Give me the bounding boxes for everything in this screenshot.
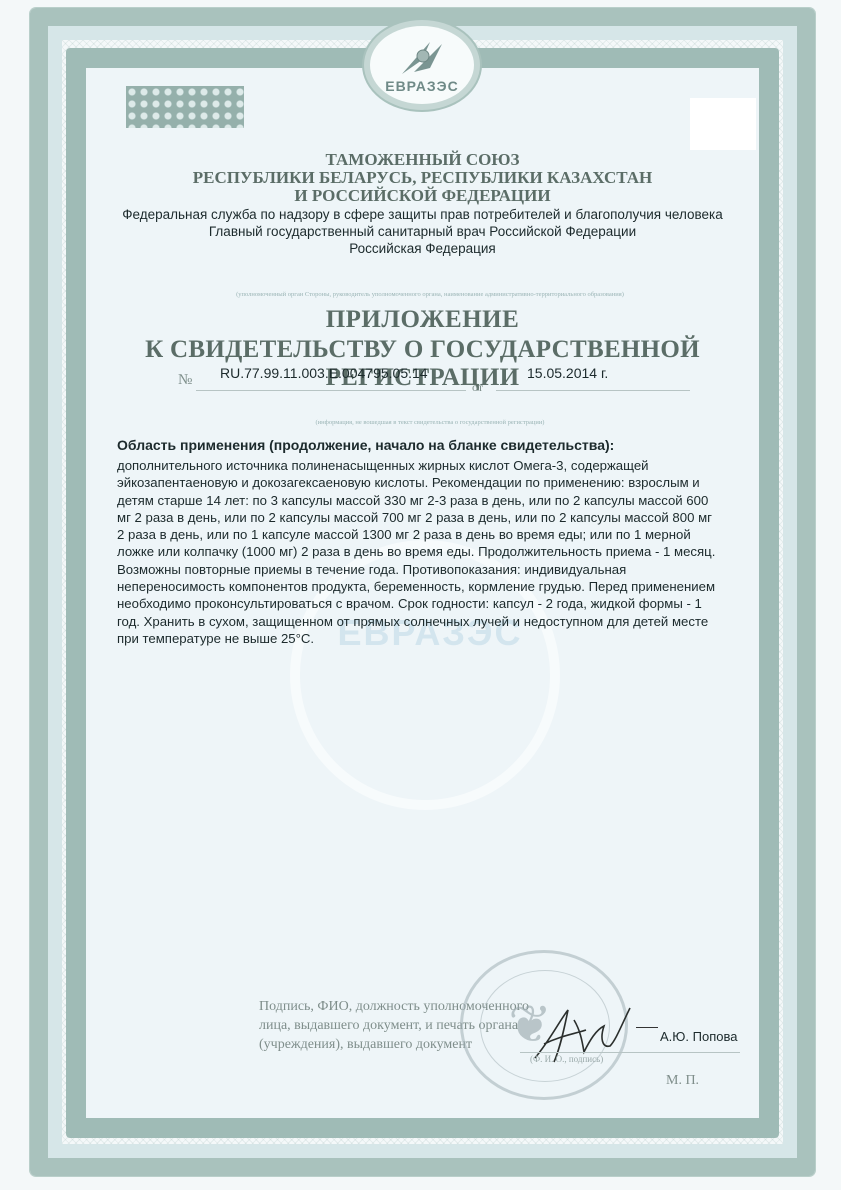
header-republics: РЕСПУБЛИКИ БЕЛАРУСЬ, РЕСПУБЛИКИ КАЗАХСТА… xyxy=(86,169,759,187)
number-label: № xyxy=(178,372,192,389)
body-line: дополнительного источника полиненасыщенн… xyxy=(117,457,757,474)
signature-dash xyxy=(636,1027,658,1028)
header-official: Главный государственный санитарный врач … xyxy=(86,223,759,241)
signature-label-line: лица, выдавшего документ, и печать орган… xyxy=(259,1016,455,1035)
body-line: при температуре не выше 25°С. xyxy=(117,630,757,647)
header-federation: И РОССИЙСКОЙ ФЕДЕРАЦИИ xyxy=(86,187,759,205)
registration-date: 15.05.2014 г. xyxy=(527,365,608,381)
signature-caption: (Ф. И. О., подпись) xyxy=(530,1054,603,1064)
registration-number: RU.77.99.11.003.Е.004795.05.14 xyxy=(220,365,428,381)
header-agency: Федеральная служба по надзору в сфере за… xyxy=(86,206,759,224)
body-line: мг 2 раза в день, или по 2 капсулы массо… xyxy=(117,509,757,526)
body-line: эйкозапентаеновую и докозагексаеновую ки… xyxy=(117,474,757,491)
logo-text: ЕВРАЗЭС xyxy=(370,78,474,94)
signature-label: Подпись, ФИО, должность уполномоченного … xyxy=(259,997,455,1054)
seal-place-label: М. П. xyxy=(666,1073,699,1089)
signature-underline xyxy=(520,1052,740,1053)
header-country: Российская Федерация xyxy=(86,240,759,258)
header-union: ТАМОЖЕННЫЙ СОЮЗ xyxy=(86,151,759,169)
body-line: год. Хранить в сухом, защищенном от прям… xyxy=(117,613,757,630)
date-underline xyxy=(496,390,690,391)
signature-label-line: (учреждения), выдавшего документ xyxy=(259,1035,455,1054)
body-line: непереносимость компонентов продукта, бе… xyxy=(117,578,757,595)
evrazes-logo: ЕВРАЗЭС xyxy=(370,26,474,104)
section-title: Область применения (продолжение, начало … xyxy=(117,437,614,453)
registration-caption: (информация, не вошедшая в текст свидете… xyxy=(250,419,610,426)
document-title: ПРИЛОЖЕНИЕ xyxy=(86,306,759,334)
blank-patch xyxy=(690,98,756,150)
body-text: дополнительного источника полиненасыщенн… xyxy=(117,457,757,647)
evrazes-emblem-icon xyxy=(400,38,444,76)
number-underline xyxy=(196,390,466,391)
header-caption: (уполномоченный орган Стороны, руководит… xyxy=(160,291,700,298)
body-line: необходимо проконсультироваться с врачом… xyxy=(117,595,757,612)
signature-label-line: Подпись, ФИО, должность уполномоченного xyxy=(259,997,455,1016)
body-line: ложке или колпачку (1000 мг) 2 раза в де… xyxy=(117,543,757,560)
body-line: 2 раза в день, или по 1 капсуле массой 1… xyxy=(117,526,757,543)
date-label: от xyxy=(472,380,483,395)
body-line: детям старше 14 лет: по 3 капсулы массой… xyxy=(117,492,757,509)
body-line: Возможны повторные приемы в течение года… xyxy=(117,561,757,578)
certificate-page: ЕВРАЗЭС ЕВРАЗЭС ТАМОЖЕННЫЙ СОЮЗ РЕСПУБЛИ… xyxy=(0,0,841,1190)
signer-name: А.Ю. Попова xyxy=(660,1029,737,1044)
security-pattern-patch xyxy=(126,86,244,128)
